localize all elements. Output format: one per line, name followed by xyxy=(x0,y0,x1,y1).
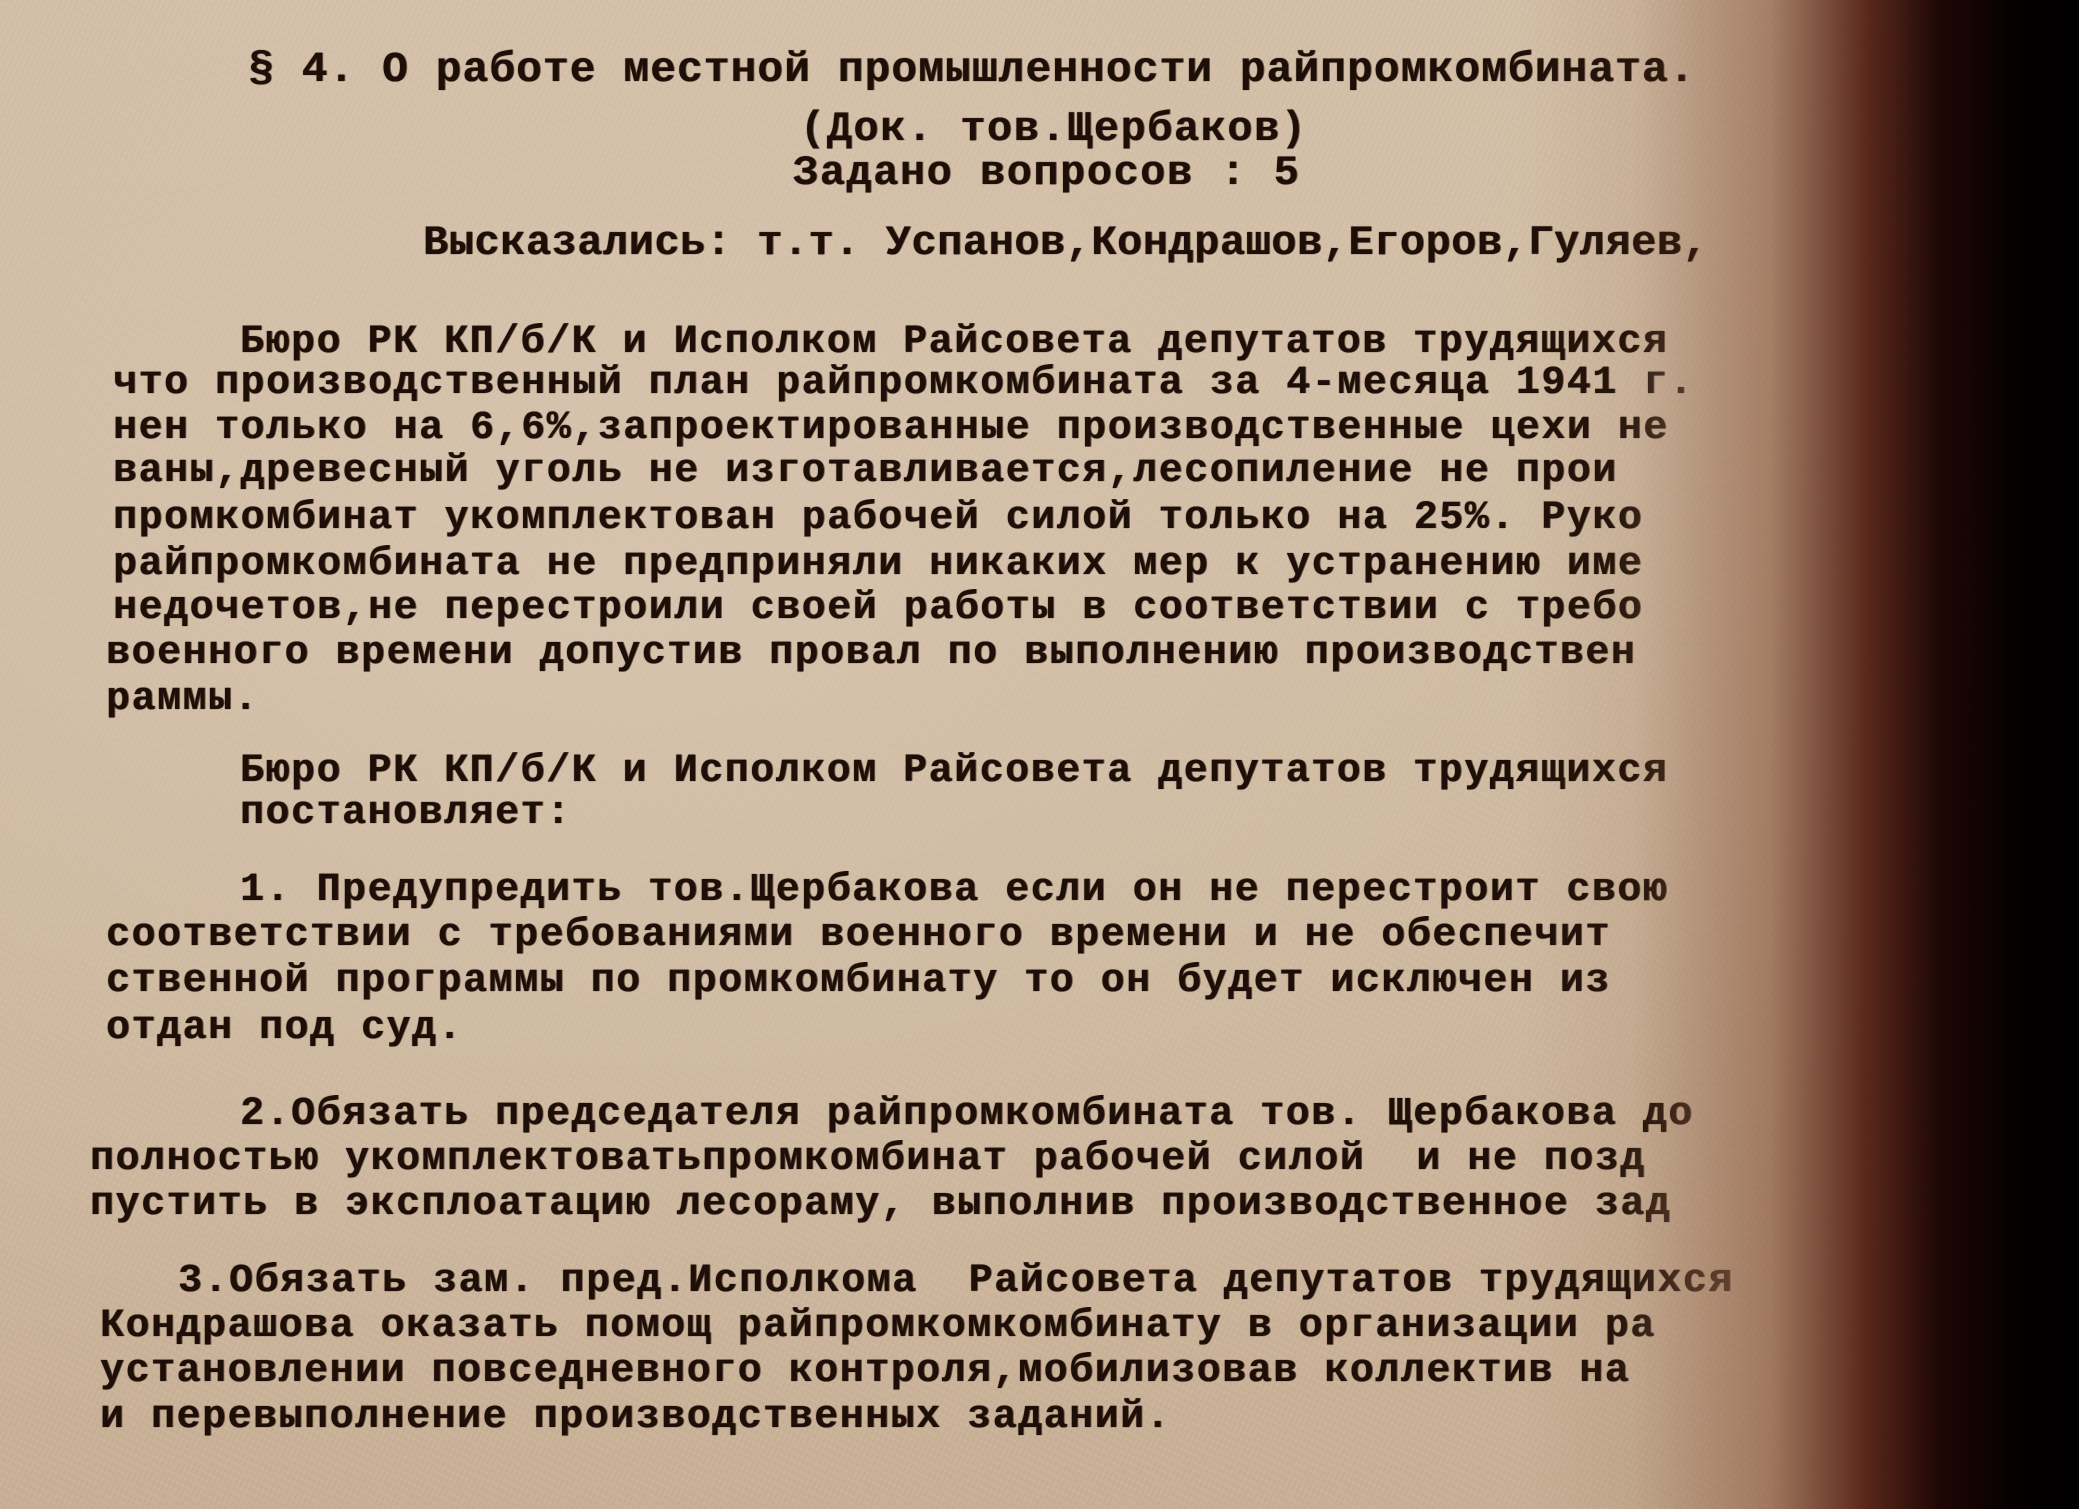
speaker-line: (Док. тов.Щербаков) xyxy=(800,108,1307,150)
questions-count: Задано вопросов : 5 xyxy=(793,152,1300,194)
resolution-item-2-line-3: пустить в эксплоатацию лесораму, выполни… xyxy=(90,1185,1950,1225)
scanned-page: § 4. О работе местной промышленности рай… xyxy=(0,0,2079,1509)
finding-line-4: ваны,древесный уголь не изготавливается,… xyxy=(113,452,1943,492)
resolution-item-1-line-4: отдан под суд. xyxy=(106,1009,463,1049)
finding-line-8: военного времени допустив провал по выпо… xyxy=(106,634,1946,674)
resolution-item-3-line-1: 3.Обязать зам. пред.Исполкома Райсовета … xyxy=(178,1262,1948,1302)
finding-line-9: раммы. xyxy=(106,680,259,720)
speakers-list: Высказались: т.т. Успанов,Кондрашов,Егор… xyxy=(423,222,1708,264)
section-title: § 4. О работе местной промышленности рай… xyxy=(248,48,1695,91)
finding-line-1: Бюро РК КП/б/К и Исполком Райсовета депу… xyxy=(240,323,1940,363)
resolution-intro-line-1: Бюро РК КП/б/К и Исполком Райсовета депу… xyxy=(240,752,1940,792)
resolution-item-2-line-1: 2.Обязать председателя райпромкомбината … xyxy=(240,1095,1950,1135)
finding-line-7: недочетов,не перестроили своей работы в … xyxy=(113,589,1943,629)
resolution-item-3-line-4: и перевыполнение производственных задани… xyxy=(100,1398,1171,1438)
resolution-intro-line-2: постановляет: xyxy=(240,794,572,834)
finding-line-6: райпромкомбината не предприняли никаких … xyxy=(113,545,1943,585)
resolution-item-1-line-2: соответствии с требованиями военного вре… xyxy=(106,916,1956,956)
resolution-item-1-line-1: 1. Предупредить тов.Щербакова если он не… xyxy=(240,871,1950,911)
resolution-item-2-line-2: полностью укомплектоватьпромкомбинат раб… xyxy=(90,1140,1950,1180)
resolution-item-1-line-3: ственной программы по промкомбинату то о… xyxy=(106,962,1956,1002)
typewritten-text: § 4. О работе местной промышленности рай… xyxy=(0,0,2079,1509)
finding-line-5: промкомбинат укомплектован рабочей силой… xyxy=(113,499,1943,539)
finding-line-2: что производственный план райпромкомбина… xyxy=(113,364,1943,404)
resolution-item-3-line-3: установлении повседневного контроля,моби… xyxy=(100,1352,1950,1392)
finding-line-3: нен только на 6,6%,запроектированные про… xyxy=(113,409,1943,449)
resolution-item-3-line-2: Кондрашова оказать помощ райпромкомкомби… xyxy=(100,1307,1950,1347)
